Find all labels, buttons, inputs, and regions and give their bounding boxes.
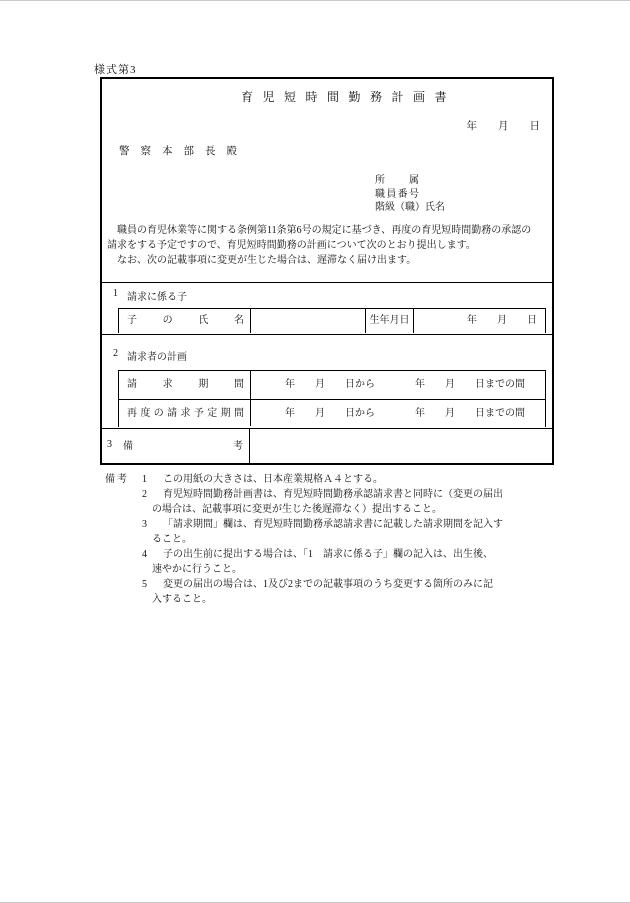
- form-title: 育児短時間勤務計画書: [241, 88, 456, 105]
- date-blank-line: 年 月 日: [467, 118, 541, 133]
- note-item: 2育児短時間勤務計画書は、育児短時間勤務承認請求書と同時に（変更の届出 の場合は…: [142, 487, 503, 517]
- notes-items: 1この用紙の大きさは、日本産業規格Ａ４とする。 2育児短時間勤務計画書は、育児短…: [142, 472, 503, 607]
- plan-table: 請求期間 年 月 日から 年 月 日までの間 再度の請求予定期間 年 月 日から…: [118, 370, 546, 427]
- section3-title: 備考: [123, 437, 247, 452]
- section2-number: 2: [113, 348, 118, 363]
- notes-block: 備考 1この用紙の大きさは、日本産業規格Ａ４とする。 2育児短時間勤務計画書は、…: [105, 472, 503, 607]
- sender-staff-number: 職員番号: [375, 188, 419, 202]
- note-item: 4子の出生前に提出する場合は、「1 請求に係る子」欄の記入は、出生後、 速やかに…: [142, 547, 503, 577]
- section1-title: 請求に係る子: [127, 288, 187, 303]
- section-divider-top: [102, 282, 552, 283]
- note-line: 変更の届出の場合は、1及び2までの記載事項のうち変更する箇所のみに記: [163, 579, 493, 590]
- form-number: 様式第3: [94, 61, 137, 77]
- birthdate-label-cell: 生年月日: [365, 309, 413, 333]
- child-name-label-cell: 子の氏名: [119, 309, 250, 333]
- re-request-period-value-cell: 年 月 日から 年 月 日までの間: [250, 400, 545, 426]
- note-item: 5変更の届出の場合は、1及び2までの記載事項のうち変更する箇所のみに記 入するこ…: [142, 577, 503, 607]
- note-item: 1この用紙の大きさは、日本産業規格Ａ４とする。: [142, 472, 503, 487]
- request-period-label-cell: 請求期間: [119, 371, 250, 399]
- note-number: 2: [142, 487, 163, 502]
- note-line: の場合は、記載事項に変更が生じた後遅滞なく）提出すること。: [142, 502, 503, 517]
- birthdate-value-cell: 年 月 日: [413, 309, 545, 333]
- body-line: 職員の育児休業等に関する条例第11条第6号の規定に基づき、再度の育児短時間勤務の…: [107, 223, 531, 238]
- section1-number: 1: [113, 288, 118, 303]
- body-line: 請求をする予定ですので、育児短時間勤務の計画について次のとおり提出します。: [107, 238, 531, 253]
- note-line: ること。: [142, 532, 503, 547]
- note-line: この用紙の大きさは、日本産業規格Ａ４とする。: [163, 474, 383, 485]
- section2-title: 請求者の計画: [127, 348, 187, 363]
- note-number: 5: [142, 577, 163, 592]
- body-line: なお、次の記載事項に変更が生じた場合は、遅滞なく届け出ます。: [107, 253, 531, 268]
- request-period-value-cell: 年 月 日から 年 月 日までの間: [250, 371, 545, 399]
- section3-header: 3 備考: [107, 428, 247, 461]
- child-name-input-cell: [250, 309, 365, 333]
- note-number: 1: [142, 472, 163, 487]
- note-line: 育児短時間勤務計画書は、育児短時間勤務承認請求書と同時に（変更の届出: [163, 489, 503, 500]
- re-request-period-label-cell: 再度の請求予定期間: [119, 400, 250, 426]
- sender-block: 所属 職員番号 階級（職）氏名: [375, 174, 445, 215]
- form-main-box: 育児短時間勤務計画書 年 月 日 警察本部長殿 所属 職員番号 階級（職）氏名 …: [100, 77, 554, 465]
- section3-number: 3: [107, 439, 123, 450]
- body-paragraph: 職員の育児休業等に関する条例第11条第6号の規定に基づき、再度の育児短時間勤務の…: [107, 223, 531, 268]
- addressee: 警察本部長殿: [119, 143, 248, 158]
- note-item: 3「請求期間」欄は、育児短時間勤務承認請求書に記載した請求期間を記入す ること。: [142, 517, 503, 547]
- note-line: 速やかに行うこと。: [142, 562, 503, 577]
- table-row: 請求期間 年 月 日から 年 月 日までの間: [119, 371, 545, 399]
- notes-label: 備考: [105, 472, 142, 607]
- note-line: 子の出生前に提出する場合は、「1 請求に係る子」欄の記入は、出生後、: [163, 549, 493, 560]
- section-divider-middle: [102, 334, 552, 335]
- sender-rank-name: 階級（職）氏名: [375, 201, 445, 215]
- child-table: 子の氏名 生年月日 年 月 日: [118, 308, 546, 333]
- sender-affiliation: 所属: [375, 174, 419, 188]
- note-line: 入すること。: [142, 592, 503, 607]
- section2-header: 2 請求者の計画: [113, 348, 187, 363]
- note-number: 4: [142, 547, 163, 562]
- note-number: 3: [142, 517, 163, 532]
- table-row: 再度の請求予定期間 年 月 日から 年 月 日までの間: [119, 399, 545, 426]
- document-page: 様式第3 育児短時間勤務計画書 年 月 日 警察本部長殿 所属 職員番号 階級（…: [0, 0, 630, 903]
- remarks-value-area: [250, 428, 552, 461]
- section1-header: 1 請求に係る子: [113, 288, 187, 303]
- note-line: 「請求期間」欄は、育児短時間勤務承認請求書に記載した請求期間を記入す: [163, 519, 503, 530]
